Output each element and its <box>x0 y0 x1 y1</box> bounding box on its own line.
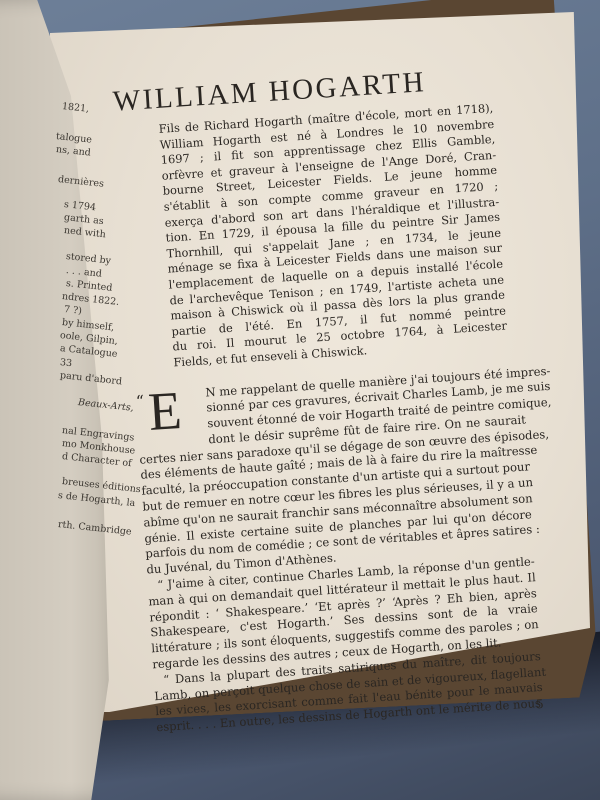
left-fragment: ns, and <box>55 143 91 160</box>
left-fragment: dernières <box>57 173 104 191</box>
left-fragment: 1821, <box>61 100 89 116</box>
right-page-text: WILLIAM HOGARTH Fils de Richard Hogarth … <box>108 60 568 737</box>
page-number: 5 <box>536 696 545 712</box>
lamb-quote-paragraph: “ E N me rappelant de quelle manière j'a… <box>135 365 544 736</box>
left-fragment: paru d'abord <box>59 369 122 389</box>
opening-quote-mark: “ <box>135 393 144 409</box>
drop-cap-letter: E <box>147 383 183 439</box>
left-page-text-fragments: 1821, talogue ns, and dernières s 1794 g… <box>0 0 120 800</box>
biography-paragraph: Fils de Richard Hogarth (maître d'école,… <box>158 101 508 371</box>
book-photo: WILLIAM HOGARTH Fils de Richard Hogarth … <box>0 0 600 800</box>
